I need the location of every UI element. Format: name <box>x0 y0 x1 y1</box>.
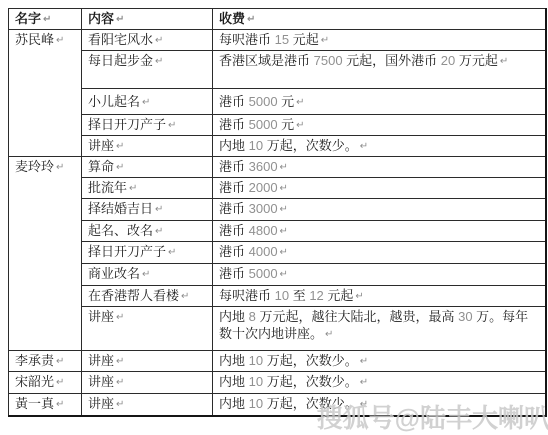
paragraph-mark-icon: ↵ <box>116 377 124 388</box>
content-cell: 批流年↵ <box>82 178 213 199</box>
paragraph-mark-icon: ↵ <box>280 204 288 215</box>
table-row: 苏民峰↵ 看阳宅风水↵ 每呎港币 15 元起↵ <box>9 30 546 51</box>
name-cell: 李承责↵ <box>9 351 82 372</box>
name-cell: 麦玲玲↵ <box>9 157 82 351</box>
fee-cell: 港币 4800↵ <box>213 221 546 242</box>
fee-cell: 港币 2000↵ <box>213 178 546 199</box>
paragraph-mark-icon: ↵ <box>360 356 368 367</box>
fee-cell: 港币 4000↵ <box>213 242 546 264</box>
fee-cell: 港币 3600↵ <box>213 157 546 178</box>
fee-cell: 港币 5000↵ <box>213 264 546 286</box>
person-name: 苏民峰 <box>15 32 54 47</box>
content-cell: 择结婚吉日↵ <box>82 199 213 221</box>
paragraph-mark-icon: ↵ <box>296 97 304 108</box>
fee-cell: 内地 10 万起，次数少。↵ <box>213 394 546 416</box>
paragraph-mark-icon: ↵ <box>360 377 368 388</box>
table-row: 批流年↵ 港币 2000↵ <box>9 178 546 199</box>
table-row: 宋韶光↵ 讲座↵ 内地 10 万起，次数少。↵ <box>9 372 546 394</box>
service-name: 批流年 <box>88 180 127 195</box>
paragraph-mark-icon: ↵ <box>355 291 363 302</box>
fee-value: 每呎港币 10 至 12 元起 <box>219 288 353 303</box>
person-name: 麦玲玲 <box>15 159 54 174</box>
table-row: 择日开刀产子↵ 港币 5000 元↵ <box>9 115 546 136</box>
paragraph-mark-icon: ↵ <box>116 312 124 323</box>
fee-value: 港币 3000 <box>219 201 278 216</box>
content-cell: 在香港帮人看楼↵ <box>82 286 213 307</box>
fee-value: 港币 3600 <box>219 159 278 174</box>
header-cell-fee: 收费↵ <box>213 9 546 30</box>
paragraph-mark-icon: ↵ <box>296 120 304 131</box>
header-cell-name: 名字↵ <box>9 9 82 30</box>
content-cell: 每日起步金↵ <box>82 51 213 89</box>
content-cell: 讲座↵ <box>82 351 213 372</box>
fee-value: 内地 8 万元起，越往大陆北，越贵，最高 30 万。每年数十次内地讲座。 <box>219 309 528 341</box>
paragraph-mark-icon: ↵ <box>325 329 333 340</box>
table-row: 黃一真↵ 讲座↵ 内地 10 万起，次数少。↵ <box>9 394 546 416</box>
table-row: 择结婚吉日↵ 港币 3000↵ <box>9 199 546 221</box>
fee-value: 内地 10 万起，次数少。 <box>219 374 358 389</box>
content-cell: 商业改名↵ <box>82 264 213 286</box>
person-name: 宋韶光 <box>15 374 54 389</box>
paragraph-mark-icon: ↵ <box>116 162 124 173</box>
person-name: 李承责 <box>15 353 54 368</box>
table-row: 讲座↵ 内地 10 万起，次数少。↵ <box>9 136 546 157</box>
paragraph-mark-icon: ↵ <box>280 162 288 173</box>
content-cell: 看阳宅风水↵ <box>82 30 213 51</box>
content-cell: 讲座↵ <box>82 372 213 394</box>
fee-value: 港币 2000 <box>219 180 278 195</box>
paragraph-mark-icon: ↵ <box>280 183 288 194</box>
paragraph-mark-icon: ↵ <box>168 247 176 258</box>
service-name: 择结婚吉日 <box>88 201 153 216</box>
service-name: 讲座 <box>88 309 114 324</box>
paragraph-mark-icon: ↵ <box>116 399 124 410</box>
table-row: 在香港帮人看楼↵ 每呎港币 10 至 12 元起↵ <box>9 286 546 307</box>
table-row: 李承责↵ 讲座↵ 内地 10 万起，次数少。↵ <box>9 351 546 372</box>
service-name: 择日开刀产子 <box>88 117 166 132</box>
service-name: 小儿起名 <box>88 94 140 109</box>
paragraph-mark-icon: ↵ <box>247 14 255 25</box>
content-cell: 小儿起名↵ <box>82 89 213 115</box>
table-row: 择日开刀产子↵ 港币 4000↵ <box>9 242 546 264</box>
fees-table: 名字↵ 内容↵ 收费↵ 苏民峰↵ 看阳宅风水↵ 每呎港币 15 元起↵ 每日起步… <box>8 8 547 417</box>
fee-cell: 每呎港币 10 至 12 元起↵ <box>213 286 546 307</box>
name-cell: 黃一真↵ <box>9 394 82 416</box>
header-label: 名字 <box>15 11 41 26</box>
content-cell: 择日开刀产子↵ <box>82 115 213 136</box>
content-cell: 讲座↵ <box>82 136 213 157</box>
service-name: 商业改名 <box>88 266 140 281</box>
paragraph-mark-icon: ↵ <box>360 399 368 410</box>
service-name: 每日起步金 <box>88 53 153 68</box>
paragraph-mark-icon: ↵ <box>181 291 189 302</box>
header-label: 内容 <box>88 11 114 26</box>
paragraph-mark-icon: ↵ <box>142 269 150 280</box>
fee-value: 港币 4800 <box>219 223 278 238</box>
paragraph-mark-icon: ↵ <box>56 162 64 173</box>
paragraph-mark-icon: ↵ <box>500 56 508 67</box>
service-name: 在香港帮人看楼 <box>88 288 179 303</box>
service-name: 算命 <box>88 159 114 174</box>
fee-value: 港币 5000 <box>219 266 278 281</box>
table-row: 商业改名↵ 港币 5000↵ <box>9 264 546 286</box>
fee-value: 港币 5000 元 <box>219 94 294 109</box>
header-label: 收费 <box>219 11 245 26</box>
fee-cell: 内地 10 万起，次数少。↵ <box>213 372 546 394</box>
paragraph-mark-icon: ↵ <box>116 14 124 25</box>
content-cell: 起名、改名↵ <box>82 221 213 242</box>
fee-cell: 内地 10 万起，次数少。↵ <box>213 136 546 157</box>
paragraph-mark-icon: ↵ <box>280 226 288 237</box>
fee-value: 内地 10 万起，次数少。 <box>219 138 358 153</box>
paragraph-mark-icon: ↵ <box>142 97 150 108</box>
paragraph-mark-icon: ↵ <box>56 377 64 388</box>
content-cell: 择日开刀产子↵ <box>82 242 213 264</box>
content-cell: 讲座↵ <box>82 307 213 351</box>
paragraph-mark-icon: ↵ <box>56 35 64 46</box>
paragraph-mark-icon: ↵ <box>116 141 124 152</box>
fee-cell: 港币 5000 元↵ <box>213 115 546 136</box>
fee-value: 港币 5000 元 <box>219 117 294 132</box>
paragraph-mark-icon: ↵ <box>168 120 176 131</box>
table-row: 麦玲玲↵ 算命↵ 港币 3600↵ <box>9 157 546 178</box>
fee-value: 香港区域是港币 7500 元起，国外港币 20 万元起 <box>219 53 498 68</box>
paragraph-mark-icon: ↵ <box>155 204 163 215</box>
fee-value: 每呎港币 15 元起 <box>219 32 319 47</box>
service-name: 择日开刀产子 <box>88 244 166 259</box>
paragraph-mark-icon: ↵ <box>321 35 329 46</box>
header-cell-content: 内容↵ <box>82 9 213 30</box>
content-cell: 算命↵ <box>82 157 213 178</box>
table-row: 小儿起名↵ 港币 5000 元↵ <box>9 89 546 115</box>
fee-cell: 港币 5000 元↵ <box>213 89 546 115</box>
paragraph-mark-icon: ↵ <box>280 247 288 258</box>
fee-cell: 港币 3000↵ <box>213 199 546 221</box>
person-name: 黃一真 <box>15 396 54 411</box>
name-cell: 宋韶光↵ <box>9 372 82 394</box>
paragraph-mark-icon: ↵ <box>360 141 368 152</box>
service-name: 讲座 <box>88 353 114 368</box>
fee-cell: 每呎港币 15 元起↵ <box>213 30 546 51</box>
service-name: 看阳宅风水 <box>88 32 153 47</box>
table-row: 讲座↵ 内地 8 万元起，越往大陆北，越贵，最高 30 万。每年数十次内地讲座。… <box>9 307 546 351</box>
paragraph-mark-icon: ↵ <box>155 226 163 237</box>
name-cell: 苏民峰↵ <box>9 30 82 157</box>
service-name: 讲座 <box>88 138 114 153</box>
paragraph-mark-icon: ↵ <box>155 35 163 46</box>
fee-value: 内地 10 万起，次数少。 <box>219 353 358 368</box>
paragraph-mark-icon: ↵ <box>280 269 288 280</box>
paragraph-mark-icon: ↵ <box>155 56 163 67</box>
fee-cell: 香港区域是港币 7500 元起，国外港币 20 万元起↵ <box>213 51 546 89</box>
fee-value: 内地 10 万起，次数少。 <box>219 396 358 411</box>
fee-cell: 内地 10 万起，次数少。↵ <box>213 351 546 372</box>
paragraph-mark-icon: ↵ <box>116 356 124 367</box>
table-row: 起名、改名↵ 港币 4800↵ <box>9 221 546 242</box>
service-name: 起名、改名 <box>88 223 153 238</box>
service-name: 讲座 <box>88 396 114 411</box>
table-header-row: 名字↵ 内容↵ 收费↵ <box>9 9 546 30</box>
content-cell: 讲座↵ <box>82 394 213 416</box>
service-name: 讲座 <box>88 374 114 389</box>
paragraph-mark-icon: ↵ <box>43 14 51 25</box>
paragraph-mark-icon: ↵ <box>129 183 137 194</box>
paragraph-mark-icon: ↵ <box>56 356 64 367</box>
fee-cell: 内地 8 万元起，越往大陆北，越贵，最高 30 万。每年数十次内地讲座。↵ <box>213 307 546 351</box>
table-row: 每日起步金↵ 香港区域是港币 7500 元起，国外港币 20 万元起↵ <box>9 51 546 89</box>
fee-value: 港币 4000 <box>219 244 278 259</box>
paragraph-mark-icon: ↵ <box>56 399 64 410</box>
